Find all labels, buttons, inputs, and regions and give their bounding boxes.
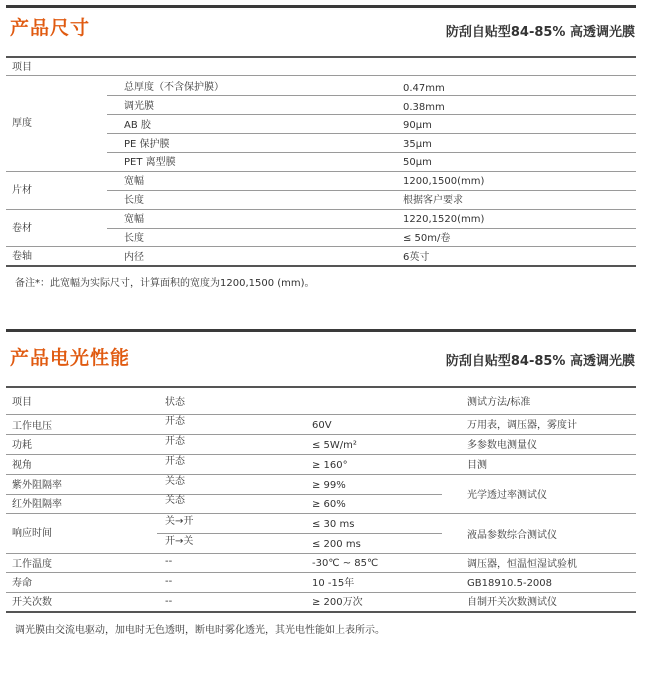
value: ≤ 30 ms [312, 519, 354, 531]
value: 0.47mm [403, 83, 445, 95]
value: 90μm [403, 120, 432, 132]
param: 调光膜 [124, 101, 154, 113]
section1-note: 备注*：此宽幅为实际尺寸，计算面积的宽度为1200,1500 (mm)。 [15, 274, 315, 289]
divider [107, 133, 636, 134]
value: ≤ 200 ms [312, 539, 361, 551]
header-method: 测试方法/标准 [467, 397, 530, 409]
value: 35μm [403, 139, 432, 151]
divider [6, 414, 636, 415]
value: ≤ 5W/m² [312, 440, 357, 452]
value: 根据客户要求 [403, 195, 463, 207]
state: -- [165, 576, 172, 588]
value: 10 -15年 [312, 578, 354, 590]
divider [6, 474, 636, 475]
divider [6, 75, 636, 76]
section1-subtitle: 防刮自贴型84-85% 高透调光膜 [446, 21, 635, 40]
state: 开态 [165, 416, 185, 428]
param: PET 离型膜 [124, 157, 176, 169]
divider [6, 592, 636, 593]
item: 工作温度 [12, 559, 52, 571]
divider [107, 95, 636, 96]
value: -30℃ ~ 85℃ [312, 558, 378, 570]
divider [107, 228, 636, 229]
divider [6, 513, 636, 514]
value: ≥ 160° [312, 460, 348, 472]
state: 关态 [165, 476, 185, 488]
value: 50μm [403, 157, 432, 169]
section2-subtitle: 防刮自贴型84-85% 高透调光膜 [446, 350, 635, 369]
section2-title: 产品电光性能 [10, 343, 130, 370]
divider [107, 114, 636, 115]
divider [6, 454, 636, 455]
param: PE 保护膜 [124, 139, 170, 151]
state: 开态 [165, 436, 185, 448]
value: ≥ 60% [312, 499, 346, 511]
method: GB18910.5-2008 [467, 578, 552, 590]
divider [157, 533, 442, 534]
param: AB 胶 [124, 120, 151, 132]
divider [6, 171, 636, 172]
method: 多参数电测量仪 [467, 440, 537, 452]
state: -- [165, 556, 172, 568]
divider [6, 209, 636, 210]
param: 内径 [124, 252, 144, 264]
param: 长度 [124, 233, 144, 245]
value: 6英寸 [403, 252, 429, 264]
divider [107, 190, 636, 191]
method: 光学透过率测试仪 [467, 490, 547, 502]
header-state: 状态 [165, 397, 185, 409]
item: 视角 [12, 460, 32, 472]
state: 开态 [165, 456, 185, 468]
method: 液晶参数综合测试仪 [467, 530, 557, 542]
value: ≥ 99% [312, 480, 346, 492]
divider [6, 494, 442, 495]
value: 60V [312, 420, 332, 432]
section1-top-rule [6, 5, 636, 8]
item: 寿命 [12, 578, 32, 590]
item: 开关次数 [12, 597, 52, 609]
value: ≤ 50m/卷 [403, 233, 450, 245]
divider [6, 434, 636, 435]
value: ≥ 200万次 [312, 597, 363, 609]
item: 紫外阻隔率 [12, 480, 62, 492]
item: 功耗 [12, 440, 32, 452]
section2-header-rule [6, 386, 636, 388]
method: 调压器，恒温恒湿试验机 [467, 559, 577, 571]
item: 响应时间 [12, 528, 52, 540]
item: 红外阻隔率 [12, 499, 62, 511]
param: 宽幅 [124, 176, 144, 188]
table-bottom-rule [6, 265, 636, 267]
param: 宽幅 [124, 214, 144, 226]
group-label-roll: 卷材 [12, 223, 32, 235]
group-label-sheet: 片材 [12, 185, 32, 197]
group-label-core: 卷轴 [12, 251, 32, 263]
value: 0.38mm [403, 102, 445, 114]
header-item: 项目 [12, 62, 32, 74]
param: 总厚度（不含保护膜） [124, 82, 224, 94]
item: 工作电压 [12, 421, 52, 433]
method: 目测 [467, 460, 487, 472]
divider [6, 572, 636, 573]
method: 万用表，调压器，雾度计 [467, 420, 577, 432]
divider [107, 152, 636, 153]
section1-header-rule [6, 56, 636, 58]
divider [6, 553, 636, 554]
divider [6, 246, 636, 247]
state: 关→开 [165, 516, 193, 528]
table-bottom-rule [6, 611, 636, 613]
method: 自制开关次数测试仪 [467, 597, 557, 609]
value: 1220,1520(mm) [403, 214, 484, 226]
state: -- [165, 596, 172, 608]
group-label-thickness: 厚度 [12, 118, 32, 130]
section2-note: 调光膜由交流电驱动，加电时无色透明，断电时雾化透光，其光电性能如上表所示。 [15, 621, 385, 636]
state: 关态 [165, 495, 185, 507]
state: 开→关 [165, 536, 193, 548]
header-item: 项目 [12, 397, 32, 409]
value: 1200,1500(mm) [403, 176, 484, 188]
param: 长度 [124, 195, 144, 207]
section2-top-rule [6, 329, 636, 332]
section1-title: 产品尺寸 [10, 13, 90, 40]
